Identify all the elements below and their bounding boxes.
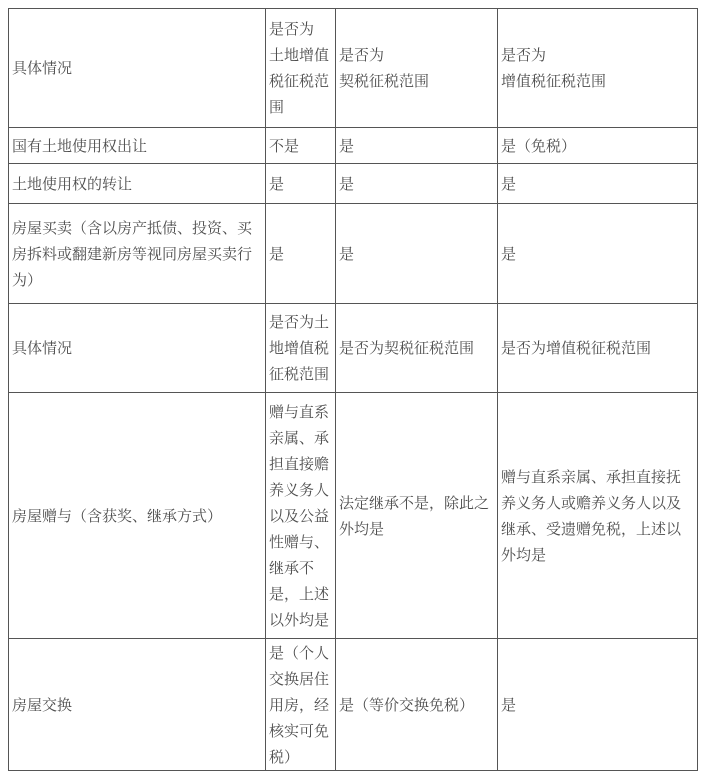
house-gift-land-vat: 赠与直系亲属、承担直接赡养义务人以及公益性赠与、继承不是，上述以外均是 bbox=[266, 393, 336, 639]
land-transfer-vat: 是 bbox=[498, 164, 698, 204]
row-land-use-right-transfer: 土地使用权的转让 是 是 是 bbox=[9, 164, 698, 204]
header-row-middle: 具体情况 是否为土地增值税征税范围 是否为契税征税范围 是否为增值税征税范围 bbox=[9, 304, 698, 393]
state-land-grant-deed-tax: 是 bbox=[336, 128, 498, 164]
land-transfer-situation: 土地使用权的转让 bbox=[9, 164, 266, 204]
house-gift-situation: 房屋赠与（含获奖、继承方式） bbox=[9, 393, 266, 639]
house-exchange-land-vat: 是（个人交换居住用房，经核实可免税） bbox=[266, 639, 336, 771]
header2-land-vat-scope: 是否为土地增值税征税范围 bbox=[266, 304, 336, 393]
house-gift-deed-tax: 法定继承不是，除此之外均是 bbox=[336, 393, 498, 639]
header-land-vat-scope: 是否为 土地增值税征税范围 bbox=[266, 9, 336, 128]
header-situation: 具体情况 bbox=[9, 9, 266, 128]
row-house-exchange: 房屋交换 是（个人交换居住用房，经核实可免税） 是（等价交换免税） 是 bbox=[9, 639, 698, 771]
page: 具体情况 是否为 土地增值税征税范围 是否为 契税征税范围 是否为 增值税征税范… bbox=[0, 0, 705, 778]
state-land-grant-situation: 国有土地使用权出让 bbox=[9, 128, 266, 164]
house-exchange-situation: 房屋交换 bbox=[9, 639, 266, 771]
house-sale-deed-tax: 是 bbox=[336, 204, 498, 304]
house-exchange-deed-tax: 是（等价交换免税） bbox=[336, 639, 498, 771]
row-house-sale: 房屋买卖（含以房产抵债、投资、买房拆料或翻建新房等视同房屋买卖行为） 是 是 是 bbox=[9, 204, 698, 304]
header2-deed-tax-scope: 是否为契税征税范围 bbox=[336, 304, 498, 393]
header2-situation: 具体情况 bbox=[9, 304, 266, 393]
land-transfer-land-vat: 是 bbox=[266, 164, 336, 204]
row-house-gift: 房屋赠与（含获奖、继承方式） 赠与直系亲属、承担直接赡养义务人以及公益性赠与、继… bbox=[9, 393, 698, 639]
house-exchange-vat: 是 bbox=[498, 639, 698, 771]
row-state-owned-land-grant: 国有土地使用权出让 不是 是 是（免税） bbox=[9, 128, 698, 164]
header-vat-scope: 是否为 增值税征税范围 bbox=[498, 9, 698, 128]
state-land-grant-vat: 是（免税） bbox=[498, 128, 698, 164]
house-sale-vat: 是 bbox=[498, 204, 698, 304]
house-sale-situation: 房屋买卖（含以房产抵债、投资、买房拆料或翻建新房等视同房屋买卖行为） bbox=[9, 204, 266, 304]
header2-vat-scope: 是否为增值税征税范围 bbox=[498, 304, 698, 393]
header-deed-tax-scope: 是否为 契税征税范围 bbox=[336, 9, 498, 128]
header-row-top: 具体情况 是否为 土地增值税征税范围 是否为 契税征税范围 是否为 增值税征税范… bbox=[9, 9, 698, 128]
tax-scope-table: 具体情况 是否为 土地增值税征税范围 是否为 契税征税范围 是否为 增值税征税范… bbox=[8, 8, 698, 771]
house-sale-land-vat: 是 bbox=[266, 204, 336, 304]
state-land-grant-land-vat: 不是 bbox=[266, 128, 336, 164]
house-gift-vat: 赠与直系亲属、承担直接抚养义务人或赡养义务人以及继承、受遗赠免税，上述以外均是 bbox=[498, 393, 698, 639]
land-transfer-deed-tax: 是 bbox=[336, 164, 498, 204]
